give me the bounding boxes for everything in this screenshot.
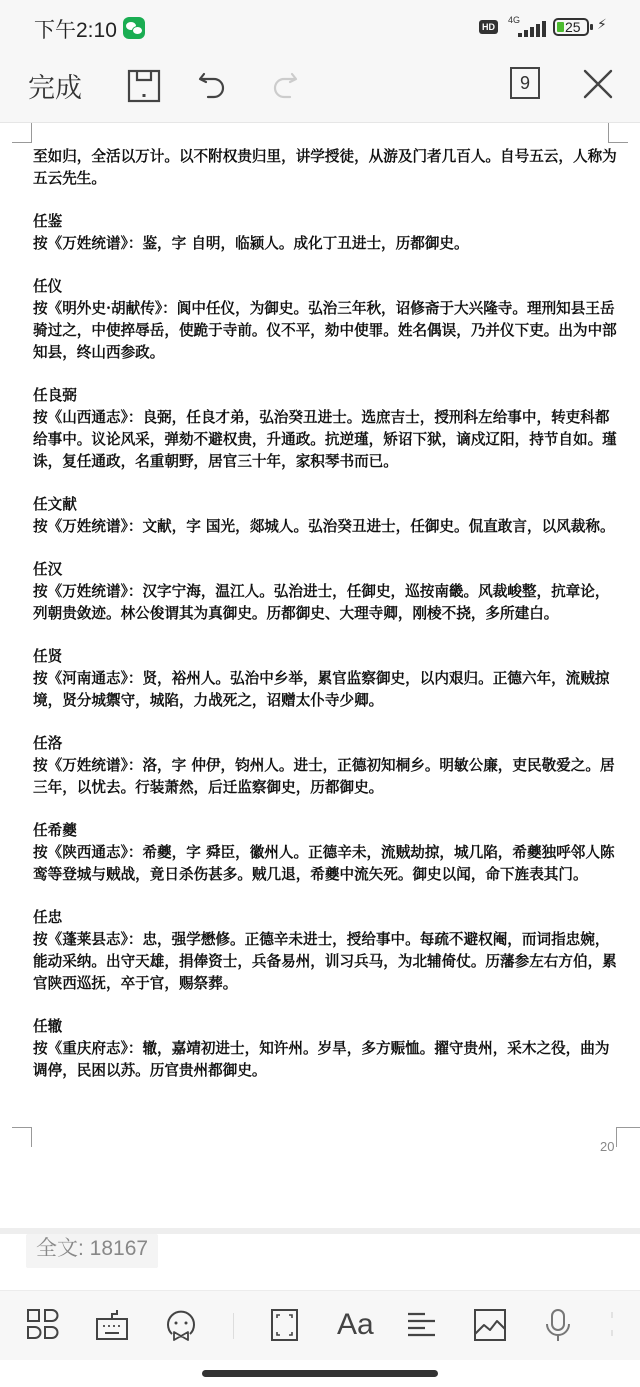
entry-title: 任汉 — [33, 559, 619, 581]
status-time: 下午2:10 — [34, 14, 117, 44]
entry-title: 任仪 — [33, 276, 619, 298]
entry: 任希夔 按《陕西通志》：希夔，字 舜臣，徽州人。正德辛未，流贼劫掠，城几陷，希夔… — [33, 820, 619, 886]
word-count-badge[interactable]: 全文: 18167 — [26, 1234, 158, 1268]
entry-body: 按《陕西通志》：希夔，字 舜臣，徽州人。正德辛未，流贼劫掠，城几陷，希夔独呼邻人… — [33, 842, 619, 886]
entry-title: 任忠 — [33, 907, 619, 929]
battery-fill — [557, 22, 564, 32]
battery-tip — [590, 24, 593, 30]
entry: 任良弼 按《山西通志》：良弼，任良才弟，弘治癸丑进士。选庶吉士，授刑科左给事中，… — [33, 385, 619, 473]
entry-body: 按《重庆府志》：辙，嘉靖初进士，知许州。岁旱，多方赈恤。擢守贵州，采木之役，曲为… — [33, 1038, 619, 1082]
save-icon[interactable] — [126, 68, 162, 104]
entry-body: 按《万姓统谱》：文献，字 国光，郯城人。弘治癸丑进士，任御史。侃直敢言，以风裁称… — [33, 516, 619, 538]
entry-body: 按《万姓统谱》：鉴，字 自明，临颍人。成化丁丑进士，历都御史。 — [33, 233, 619, 255]
close-icon[interactable] — [580, 66, 616, 102]
page-number: 20 — [600, 1139, 614, 1154]
hd-voice-icon: HD — [479, 20, 498, 34]
align-left-icon[interactable] — [405, 1308, 439, 1342]
entry: 任文献 按《万姓统谱》：文献，字 国光，郯城人。弘治癸丑进士，任御史。侃直敢言，… — [33, 494, 619, 538]
entry: 任忠 按《蓬莱县志》：忠，强学懋修。正德辛未进士，授给事中。每疏不避权阉，而词指… — [33, 907, 619, 995]
home-indicator[interactable] — [202, 1370, 438, 1377]
toolbar-divider — [233, 1313, 234, 1339]
apps-icon[interactable] — [26, 1308, 60, 1342]
microphone-icon[interactable] — [541, 1308, 575, 1342]
bot-face-icon[interactable] — [164, 1308, 198, 1342]
battery-icon: 25 — [553, 18, 589, 36]
done-button[interactable]: 完成 — [28, 66, 82, 105]
signal-bars — [518, 21, 546, 37]
charging-icon: ⚡ — [597, 17, 607, 33]
document-page[interactable]: 至如归，全活以万计。以不附权贵归里，讲学授徒，从游及门者几百人。自号五云，人称为… — [0, 122, 640, 1228]
crop-mark-top-right — [608, 123, 628, 143]
crop-mark-bottom-right — [616, 1127, 640, 1147]
entry-title: 任鉴 — [33, 211, 619, 233]
font-style-icon[interactable]: Aa — [337, 1308, 371, 1342]
document-body[interactable]: 至如归，全活以万计。以不附权贵归里，讲学授徒，从游及门者几百人。自号五云，人称为… — [33, 146, 619, 1082]
battery-level: 25 — [565, 19, 581, 35]
entry-title: 任贤 — [33, 646, 619, 668]
status-bar: 下午2:10 HD 4G 25 ⚡ — [0, 0, 640, 56]
entry: 任辙 按《重庆府志》：辙，嘉靖初进士，知许州。岁旱，多方赈恤。擢守贵州，采木之役… — [33, 1016, 619, 1082]
entry-title: 任文献 — [33, 494, 619, 516]
word-count-area: 全文: 18167 — [0, 1234, 640, 1290]
entry: 任贤 按《河南通志》：贤，裕州人。弘治中乡举，累官监察御史，以内艰归。正德六年，… — [33, 646, 619, 712]
page-count-button[interactable]: 9 — [510, 67, 540, 99]
crop-mark-bottom-left — [12, 1127, 32, 1147]
crop-mark-top-left — [12, 123, 32, 143]
intro-paragraph: 至如归，全活以万计。以不附权贵归里，讲学授徒，从游及门者几百人。自号五云，人称为… — [33, 146, 619, 190]
keyboard-icon[interactable] — [95, 1308, 129, 1342]
undo-icon[interactable] — [196, 68, 232, 104]
entry-title: 任洛 — [33, 733, 619, 755]
entry-body: 按《万姓统谱》：汉字宁海，温江人。弘治进士，任御史，巡按南畿。风裁峻整，抗章论，… — [33, 581, 619, 625]
entry: 任洛 按《万姓统谱》：洛，字 仲伊，钧州人。进士，正德初知桐乡。明敏公廉，吏民敬… — [33, 733, 619, 799]
editor-toolbar: 完成 9 — [0, 56, 640, 122]
more-icon[interactable] — [606, 1308, 626, 1342]
signal-strength-icon: 4G — [506, 15, 546, 39]
entry-body: 按《山西通志》：良弼，任良才弟，弘治癸丑进士。选庶吉士，授刑科左给事中，转吏科都… — [33, 407, 619, 473]
bottom-toolbar: Aa — [0, 1290, 640, 1360]
page-frame-icon[interactable] — [268, 1308, 302, 1342]
entry-title: 任良弼 — [33, 385, 619, 407]
entry: 任仪 按《明外史·胡献传》：阆中任仪，为御史。弘治三年秋，诏修斋于大兴隆寺。理刑… — [33, 276, 619, 364]
entry: 任汉 按《万姓统谱》：汉字宁海，温江人。弘治进士，任御史，巡按南畿。风裁峻整，抗… — [33, 559, 619, 625]
entry-title: 任辙 — [33, 1016, 619, 1038]
entry-body: 按《河南通志》：贤，裕州人。弘治中乡举，累官监察御史，以内艰归。正德六年，流贼掠… — [33, 668, 619, 712]
entry: 任鉴 按《万姓统谱》：鉴，字 自明，临颍人。成化丁丑进士，历都御史。 — [33, 211, 619, 255]
wechat-notification-icon — [123, 17, 145, 39]
entry-title: 任希夔 — [33, 820, 619, 842]
entry-body: 按《明外史·胡献传》：阆中任仪，为御史。弘治三年秋，诏修斋于大兴隆寺。理刑知县王… — [33, 298, 619, 364]
redo-icon[interactable] — [268, 68, 304, 104]
entry-body: 按《万姓统谱》：洛，字 仲伊，钧州人。进士，正德初知桐乡。明敏公廉，吏民敬爱之。… — [33, 755, 619, 799]
insert-image-icon[interactable] — [473, 1308, 507, 1342]
entry-body: 按《蓬莱县志》：忠，强学懋修。正德辛未进士，授给事中。每疏不避权阉，而词指忠婉，… — [33, 929, 619, 995]
